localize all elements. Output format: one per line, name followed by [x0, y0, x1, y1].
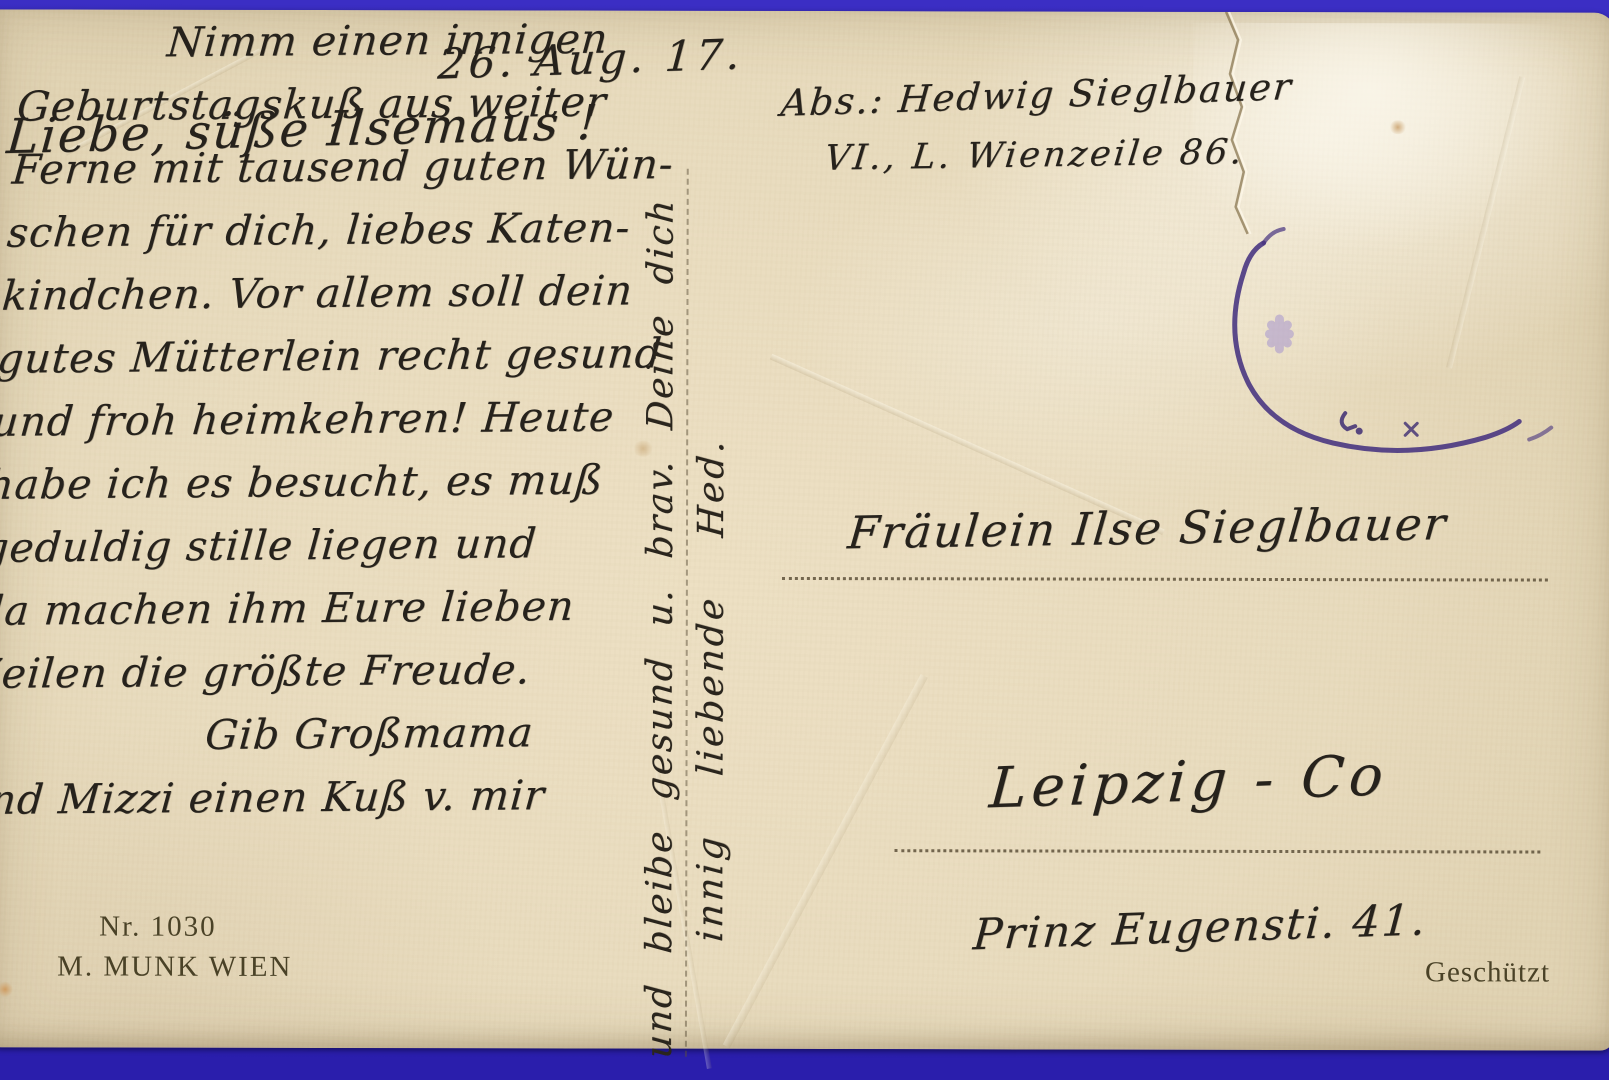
message-body: Nimm einen innigen Geburtstagskuß aus we…: [0, 7, 697, 832]
message-line: kindchen. Vor allem soll dein: [0, 259, 677, 328]
imprint-number: Nr. 1030: [99, 911, 217, 944]
message-line: habe ich es besucht, es muß: [0, 448, 662, 517]
paper-tear-highlight: [1193, 23, 1583, 254]
address-line-rule: [894, 849, 1540, 853]
paper-crease: [723, 674, 928, 1048]
message-line: und froh heimkehren! Heute: [0, 385, 667, 454]
recipient-street: Prinz Eugensti. 41.: [971, 895, 1428, 960]
postcard: 26. Aug. 17. Liebe, süße Ilsemaus ! Nimm…: [0, 9, 1609, 1050]
message-line: da machen ihm Eure lieben: [0, 574, 652, 643]
message-line: Geburtstagskuß aus weiter: [15, 70, 692, 139]
vertical-note-line: und bleibe gesund u. brav. Deine dich: [639, 111, 682, 1060]
paper-stain: [0, 981, 13, 997]
paper-stain: [1389, 120, 1407, 134]
message-line: geduldig stille liegen und: [0, 511, 657, 580]
message-line: und Mizzi einen Kuß v. mir: [0, 763, 637, 832]
vertical-note-line: innig liebende Hed.: [690, 114, 733, 1063]
message-line: Nimm einen innigen: [20, 7, 697, 76]
imprint-publisher: M. MUNK WIEN: [57, 950, 292, 983]
recipient-name: Fräulein Ilse Sieglbauer: [846, 497, 1450, 559]
message-line: schen für dich, liebes Katen-: [5, 196, 682, 265]
message-line: Gib Großmama: [0, 700, 642, 769]
message-line: gutes Mütterlein recht gesund: [0, 322, 672, 391]
recipient-city: Leipzig - Co: [987, 743, 1390, 821]
vertical-note: und bleibe gesund u. brav. Deine dich in…: [639, 111, 733, 1064]
sender-address-line-2: VI., L. Wienzeile 86.: [823, 132, 1247, 179]
message-line: Zeilen die größte Freude.: [0, 637, 647, 706]
message-line: Ferne mit tausend guten Wün-: [10, 133, 687, 202]
address-line-rule: [782, 577, 1548, 582]
protected-mark: Geschützt: [1425, 956, 1550, 989]
